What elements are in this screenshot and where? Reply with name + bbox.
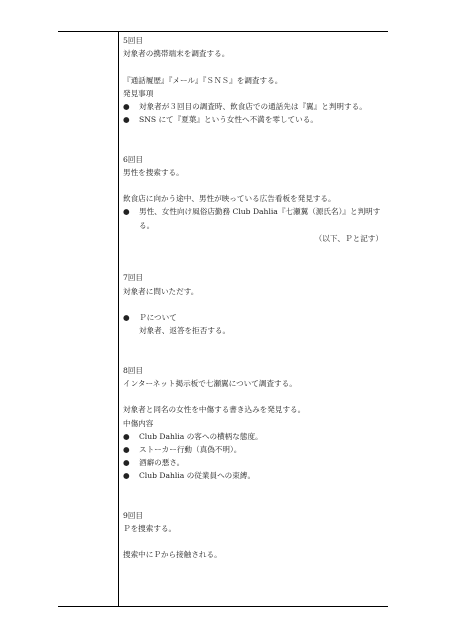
section-subheading: 発見事項 bbox=[123, 87, 385, 100]
section-7: 7回目 対象者に問いただす。 ● Ｐについて 対象者、返答を拒否する。 bbox=[123, 271, 385, 337]
list-item: ● 男性、女性向け風俗店勤務 Club Dahlia『七瀬翼（源氏名）』と判明す… bbox=[123, 205, 385, 231]
section-8: 8回目 インターネット掲示板で七瀬翼について調査する。 対象者と同名の女性を中傷… bbox=[123, 364, 385, 483]
section-heading: 9回目 bbox=[123, 509, 385, 522]
section-detail: 対象者と同名の女性を中傷する書き込みを発見する。 bbox=[123, 403, 385, 416]
bullet-icon: ● bbox=[123, 100, 130, 113]
section-detail: 『通話履歴』『メール』『ＳＮＳ』を調査する。 bbox=[123, 74, 385, 87]
report-table: 5回目 対象者の携帯端末を調査する。 『通話履歴』『メール』『ＳＮＳ』を調査する… bbox=[58, 31, 388, 607]
section-heading: 5回目 bbox=[123, 34, 385, 47]
section-action: Ｐを捜索する。 bbox=[123, 522, 385, 535]
section-subheading: 中傷内容 bbox=[123, 417, 385, 430]
bullet-icon: ● bbox=[123, 113, 130, 126]
section-note: （以下、Ｐと記す） bbox=[123, 232, 385, 245]
section-9: 9回目 Ｐを捜索する。 捜索中にＰから接触される。 bbox=[123, 509, 385, 562]
column-divider bbox=[118, 32, 119, 606]
section-5: 5回目 対象者の携帯端末を調査する。 『通話履歴』『メール』『ＳＮＳ』を調査する… bbox=[123, 34, 385, 126]
section-heading: 6回目 bbox=[123, 153, 385, 166]
section-6: 6回目 男性を捜索する。 飲食店に向かう途中、男性が映っている広告看板を発見する… bbox=[123, 153, 385, 245]
bullet-icon: ● bbox=[123, 205, 130, 218]
list-item: ● 対象者が３回目の調査時、飲食店での通話先は『翼』と判明する。 bbox=[123, 100, 385, 113]
report-cell: 5回目 対象者の携帯端末を調査する。 『通話履歴』『メール』『ＳＮＳ』を調査する… bbox=[123, 34, 385, 562]
section-action: 対象者の携帯端末を調査する。 bbox=[123, 47, 385, 60]
bullet-icon: ● bbox=[123, 469, 130, 482]
list-item: ● Ｐについて bbox=[123, 311, 385, 324]
section-heading: 7回目 bbox=[123, 271, 385, 284]
section-action: 対象者に問いただす。 bbox=[123, 285, 385, 298]
list-item: ● Club Dahlia の客への横柄な態度。 bbox=[123, 430, 385, 443]
bullet-icon: ● bbox=[123, 430, 130, 443]
list-item: ● Club Dahlia の従業員への束縛。 bbox=[123, 469, 385, 482]
list-item: ● ストーカー行動（真偽不明）。 bbox=[123, 443, 385, 456]
section-action: インターネット掲示板で七瀬翼について調査する。 bbox=[123, 377, 385, 390]
bullet-subtext: 対象者、返答を拒否する。 bbox=[123, 324, 385, 337]
bullet-icon: ● bbox=[123, 311, 130, 324]
list-item: ● SNS にて『夏葉』という女性へ不満を零している。 bbox=[123, 113, 385, 126]
list-item: ● 酒癖の悪さ。 bbox=[123, 456, 385, 469]
section-detail: 捜索中にＰから接触される。 bbox=[123, 548, 385, 561]
section-action: 男性を捜索する。 bbox=[123, 166, 385, 179]
bullet-icon: ● bbox=[123, 443, 130, 456]
section-heading: 8回目 bbox=[123, 364, 385, 377]
bullet-icon: ● bbox=[123, 456, 130, 469]
section-detail: 飲食店に向かう途中、男性が映っている広告看板を発見する。 bbox=[123, 192, 385, 205]
